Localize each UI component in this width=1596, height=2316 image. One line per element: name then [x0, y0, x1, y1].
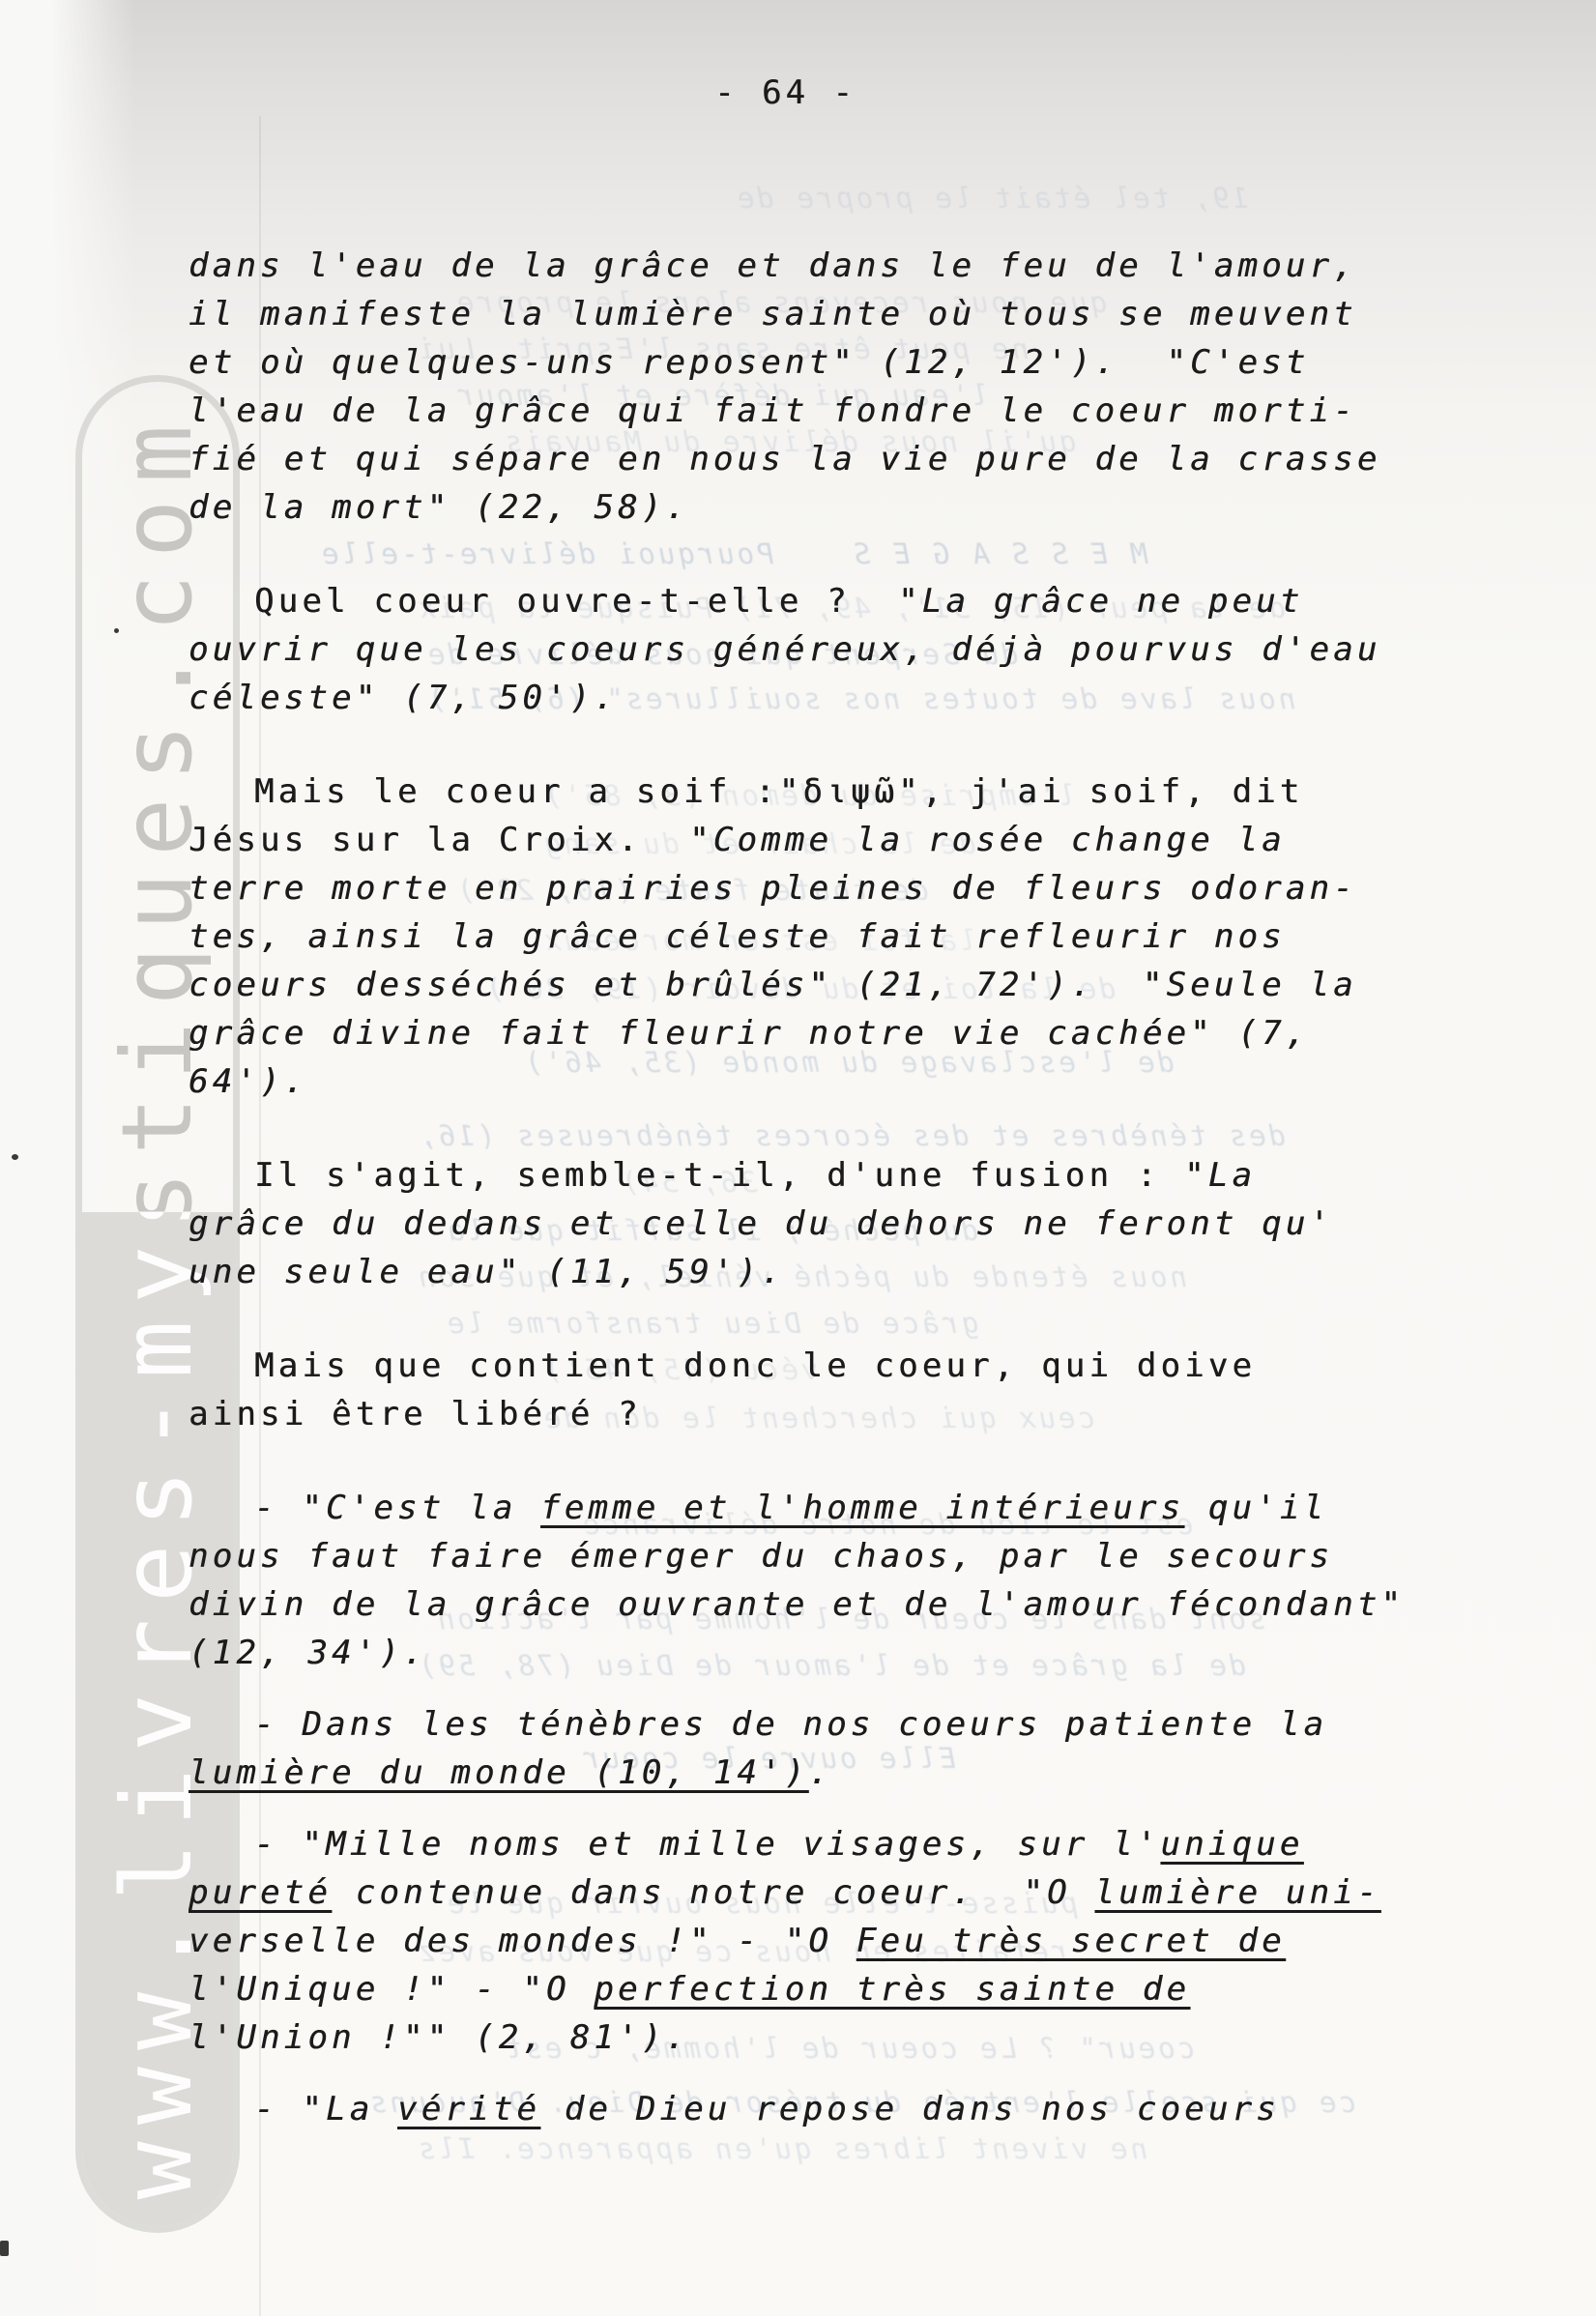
text-run: "Comme la rosée change la	[689, 821, 1286, 859]
text-run: grâce du dedans et celle du dehors ne fe…	[189, 1204, 1333, 1243]
text-line: Mais que contient donc le coeur, qui doi…	[189, 1342, 1445, 1390]
text-run: - "C'est la	[254, 1489, 540, 1527]
text-line: divin de la grâce ouvrante et de l'amour…	[189, 1580, 1445, 1629]
text-run: vérité	[397, 2090, 540, 2128]
paragraph: Mais le coeur a soif :"διψῶ", j'ai soif,…	[189, 767, 1445, 1106]
text-run: coeurs desséchés et brûlés" (21, 72'). "…	[189, 966, 1357, 1004]
text-line: lumière du monde (10, 14').	[189, 1749, 1445, 1797]
text-run: "La	[1184, 1156, 1256, 1195]
text-run: lumière uni-	[1094, 1873, 1380, 1912]
text-run: Jésus sur la Croix.	[189, 821, 689, 859]
text-run: - "Mille noms et mille visages, sur l'	[254, 1825, 1160, 1864]
paragraph: - Dans les ténèbres de nos coeurs patien…	[189, 1700, 1445, 1797]
text-line: ouvrir que les coeurs généreux, déjà pou…	[189, 625, 1445, 674]
paragraph: Il s'agit, semble-t-il, d'une fusion : "…	[189, 1151, 1445, 1296]
text-run: (12, 34').	[189, 1634, 427, 1672]
text-line: l'eau de la grâce qui fait fondre le coe…	[189, 387, 1445, 435]
text-run: il manifeste la lumière sainte où tous s…	[189, 295, 1357, 333]
text-line: de la mort" (22, 58).	[189, 483, 1445, 532]
text-run: - "La	[254, 2090, 397, 2128]
text-run: qu'il	[1184, 1489, 1327, 1527]
text-line: - Dans les ténèbres de nos coeurs patien…	[189, 1700, 1445, 1749]
text-line: ainsi être libéré ?	[189, 1390, 1445, 1438]
text-run: et où quelques-uns reposent" (12, 12'). …	[189, 343, 1309, 382]
text-line: Mais le coeur a soif :"διψῶ", j'ai soif,…	[189, 767, 1445, 816]
text-run: unique	[1160, 1825, 1303, 1864]
text-line: verselle des mondes !" - "O Feu très sec…	[189, 1917, 1445, 1965]
text-run: une seule eau" (11, 59').	[189, 1253, 785, 1291]
text-line: une seule eau" (11, 59').	[189, 1248, 1445, 1296]
ink-speck	[0, 2241, 9, 2256]
text-run: grâce divine fait fleurir notre vie cach…	[189, 1014, 1309, 1053]
paragraph: - "C'est la femme et l'homme intérieurs …	[189, 1484, 1445, 1677]
text-line: l'Union !"" (2, 81').	[189, 2013, 1445, 2062]
text-line: - "Mille noms et mille visages, sur l'un…	[189, 1820, 1445, 1868]
paragraph: Mais que contient donc le coeur, qui doi…	[189, 1342, 1445, 1438]
text-run: ainsi être libéré ?	[189, 1395, 642, 1433]
text-run: nous faut faire émerger du chaos, par le…	[189, 1537, 1333, 1576]
paragraph: dans l'eau de la grâce et dans le feu de…	[189, 242, 1445, 532]
text-run: "La grâce ne peut	[898, 582, 1303, 621]
ink-speck	[12, 1154, 18, 1160]
text-run: Feu très secret de	[856, 1922, 1286, 1960]
text-run: Mais le coeur a soif :"διψῶ", j'ai soif,…	[254, 772, 1303, 811]
text-line: 64').	[189, 1057, 1445, 1106]
text-run: Quel coeur ouvre-t-elle ?	[254, 582, 898, 621]
text-run: céleste" (7, 50').	[189, 679, 618, 717]
text-run: fié et qui sépare en nous la vie pure de…	[189, 440, 1381, 478]
text-run: tes, ainsi la grâce céleste fait refleur…	[189, 917, 1286, 956]
bleedthrough-text: 19, tel était le propre de	[735, 182, 1249, 215]
text-line: tes, ainsi la grâce céleste fait refleur…	[189, 912, 1445, 961]
text-line: - "C'est la femme et l'homme intérieurs …	[189, 1484, 1445, 1532]
text-line: (12, 34').	[189, 1629, 1445, 1677]
text-line: dans l'eau de la grâce et dans le feu de…	[189, 242, 1445, 290]
text-run: .	[808, 1753, 832, 1792]
text-run: de Dieu repose dans nos coeurs	[540, 2090, 1280, 2128]
text-run: de la mort" (22, 58).	[189, 488, 689, 527]
text-run: Mais que contient donc le coeur, qui doi…	[254, 1346, 1256, 1385]
paragraph: - "La vérité de Dieu repose dans nos coe…	[189, 2085, 1445, 2133]
text-line: - "La vérité de Dieu repose dans nos coe…	[189, 2085, 1445, 2133]
text-run: divin de la grâce ouvrante et de l'amour…	[189, 1585, 1405, 1624]
text-line: Quel coeur ouvre-t-elle ? "La grâce ne p…	[189, 577, 1445, 625]
text-line: l'Unique !" - "O perfection très sainte …	[189, 1965, 1445, 2013]
text-run: dans l'eau de la grâce et dans le feu de…	[189, 246, 1357, 285]
text-run: femme et l'homme intérieurs	[540, 1489, 1184, 1527]
text-line: coeurs desséchés et brûlés" (21, 72'). "…	[189, 961, 1445, 1009]
page-number: - 64 -	[189, 73, 1382, 112]
text-run: perfection très sainte de	[594, 1970, 1190, 2009]
text-line: et où quelques-uns reposent" (12, 12'). …	[189, 338, 1445, 387]
text-line: il manifeste la lumière sainte où tous s…	[189, 290, 1445, 338]
text-run: pureté	[189, 1873, 332, 1912]
text-run: Il s'agit, semble-t-il, d'une fusion :	[254, 1156, 1184, 1195]
text-run: contenue dans notre coeur. "O	[332, 1873, 1094, 1912]
text-line: grâce divine fait fleurir notre vie cach…	[189, 1009, 1445, 1057]
text-run: l'Union !"" (2, 81').	[189, 2018, 689, 2057]
text-line: céleste" (7, 50').	[189, 674, 1445, 722]
paragraph: Quel coeur ouvre-t-elle ? "La grâce ne p…	[189, 577, 1445, 722]
text-line: terre morte en prairies pleines de fleur…	[189, 864, 1445, 912]
text-line: Il s'agit, semble-t-il, d'une fusion : "…	[189, 1151, 1445, 1200]
bleedthrough-text: ne vivent libres qu'en apparence. Ils	[416, 2132, 1147, 2165]
text-run: ouvrir que les coeurs généreux, déjà pou…	[189, 630, 1381, 669]
text-run: verselle des mondes !" - "O	[189, 1922, 856, 1960]
text-line: fié et qui sépare en nous la vie pure de…	[189, 435, 1445, 483]
body-text: dans l'eau de la grâce et dans le feu de…	[189, 242, 1445, 2133]
text-run: l'Unique !" - "O	[189, 1970, 594, 2009]
scanned-page: www.livres-mystiques.com www.livres-myst…	[0, 0, 1596, 2316]
text-run: - Dans les ténèbres de nos coeurs patien…	[254, 1705, 1327, 1744]
text-run: 64').	[189, 1062, 307, 1101]
text-line: nous faut faire émerger du chaos, par le…	[189, 1532, 1445, 1580]
text-run: terre morte en prairies pleines de fleur…	[189, 869, 1357, 908]
text-line: pureté contenue dans notre coeur. "O lum…	[189, 1868, 1445, 1917]
paragraph: - "Mille noms et mille visages, sur l'un…	[189, 1820, 1445, 2062]
text-run: l'eau de la grâce qui fait fondre le coe…	[189, 391, 1357, 430]
text-line: Jésus sur la Croix. "Comme la rosée chan…	[189, 816, 1445, 864]
text-run: lumière du monde (10, 14')	[189, 1753, 808, 1792]
text-line: grâce du dedans et celle du dehors ne fe…	[189, 1200, 1445, 1248]
ink-speck	[114, 628, 119, 633]
